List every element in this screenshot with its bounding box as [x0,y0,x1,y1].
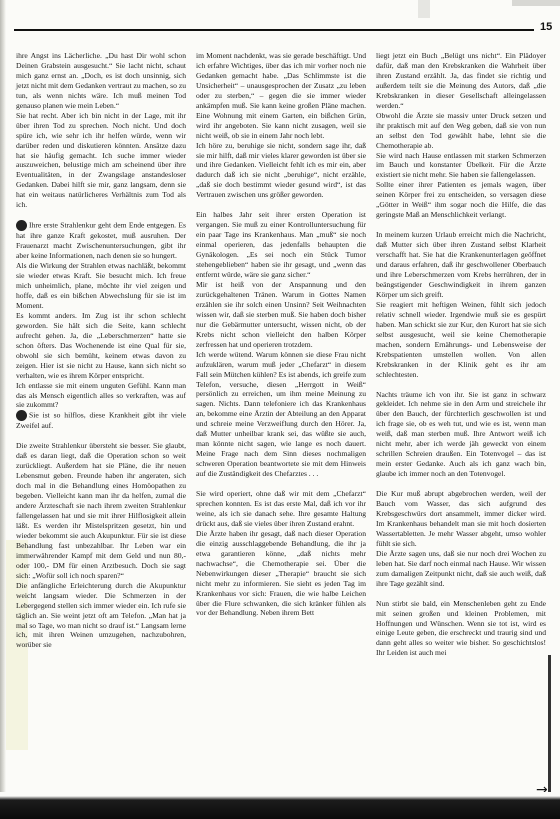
page-number: 15 [540,21,552,33]
paragraph: Ihre erste Strahlenkur geht dem Ende ent… [16,220,186,261]
scan-right-edge [548,655,551,800]
paragraph: In meinem kurzen Urlaub erreicht mich di… [376,230,546,300]
paragraph: Sollte einer ihrer Patienten es jemals w… [376,180,546,220]
paragraph: Als die Wirkung der Strahlen etwas nachl… [16,261,186,311]
paragraph: Die Ärzte sagen uns, daß sie nur noch dr… [376,549,546,589]
paragraph-text: Sie ist so hilflos, diese Krankheit gibt… [16,411,186,431]
paragraph: Sie reagiert mit heftigen Weinen, fühlt … [376,300,546,380]
paragraph: Die Kur muß abrupt abgebrochen werden, w… [376,489,546,549]
paragraph: Mir ist heiß von der Anspannung und den … [196,280,366,350]
scan-bottom-edge [0,792,560,819]
paragraph: Obwohl die Ärzte sie massiv unter Druck … [376,111,546,151]
scan-smudge [418,0,430,18]
header-rule [14,29,534,31]
paragraph: Nachts träume ich von ihr. Sie ist ganz … [376,390,546,480]
paragraph: Ein halbes Jahr seit ihrer ersten Operat… [196,210,366,280]
paragraph: im Moment nachdenkt, was sie gerade besc… [196,51,366,141]
paragraph: Sie hat recht. Aber ich bin nicht in der… [16,111,186,211]
column-2: im Moment nachdenkt, was sie gerade besc… [196,51,366,781]
paragraph: Sie wird operiert, ohne daß wir mit dem … [196,489,366,529]
paragraph: liegt jetzt ein Buch „Belügt uns nicht“.… [376,51,546,111]
paragraph: Die anfängliche Erleichterung durch die … [16,581,186,651]
scan-smudge [512,0,560,6]
paragraph: Die Ärzte haben ihr gesagt, daß nach die… [196,529,366,619]
paragraph-text: Ihre erste Strahlenkur geht dem Ende ent… [16,221,186,261]
ink-blot-icon [16,410,27,421]
column-1: ihre Angst ins Lächerliche. „Du hast Dir… [16,51,186,781]
article-body: ihre Angst ins Lächerliche. „Du hast Dir… [16,51,546,781]
paragraph: Es kommt anders. Im Zug ist ihr schon sc… [16,311,186,381]
paragraph: ihre Angst ins Lächerliche. „Du hast Dir… [16,51,186,111]
paragraph: Nun stirbt sie bald, ein Menschenleben g… [376,599,546,659]
paragraph: Ich werde wütend. Warum können sie diese… [196,350,366,479]
ink-blot-icon [16,220,27,231]
paragraph: Ich höre zu, beruhige sie nicht, sondern… [196,141,366,201]
paragraph: Ich entlasse sie mit einem unguten Gefüh… [16,381,186,411]
paragraph: Sie ist so hilflos, diese Krankheit gibt… [16,410,186,431]
paragraph: Sie wird nach Hause entlassen mit starke… [376,151,546,181]
paragraph: Die zweite Strahlenkur übersteht sie bes… [16,441,186,580]
column-3: liegt jetzt ein Buch „Belügt uns nicht“.… [376,51,546,781]
